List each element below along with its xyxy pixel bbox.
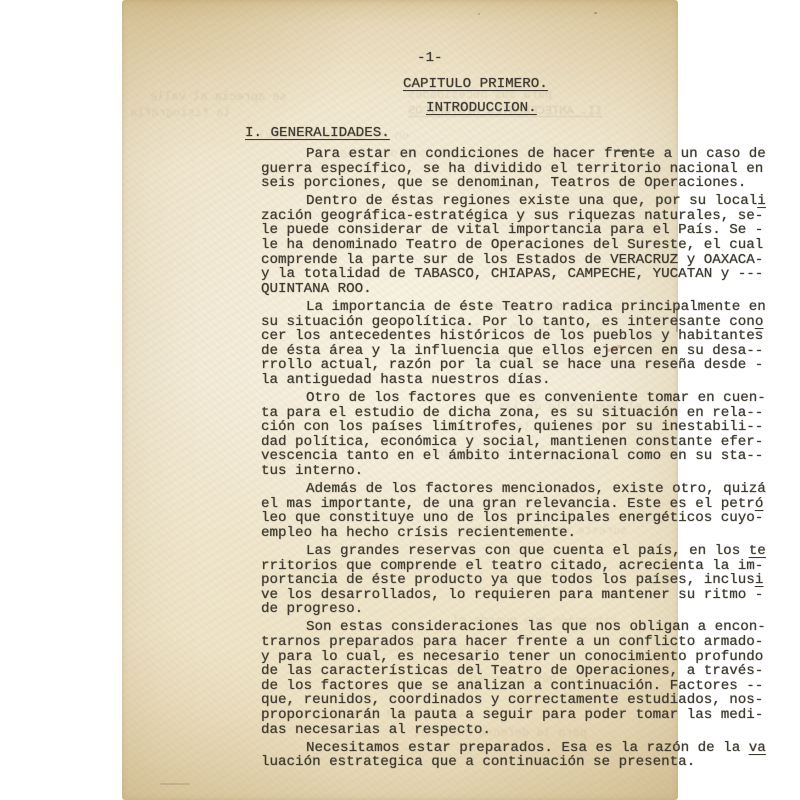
chapter-heading: CAPITULO PRIMERO. bbox=[403, 76, 548, 92]
section-heading: I. GENERALIDADES. bbox=[245, 125, 390, 141]
text-line: que, reunidos, coordinados y correctamen… bbox=[261, 693, 791, 708]
text-line: seis porciones, que se denominan, Teatro… bbox=[261, 176, 791, 191]
bleedthrough-text: se aprecia al valle bbox=[150, 90, 287, 104]
text-line: de las características del Teatro de Ope… bbox=[261, 664, 791, 679]
paper-speck bbox=[594, 12, 597, 14]
text-line: rritorios que comprende el teatro citado… bbox=[261, 559, 791, 574]
text-line: su situación geopolítica. Por lo tanto, … bbox=[261, 315, 791, 330]
paragraph: La importancia de éste Teatro radica pri… bbox=[261, 300, 791, 388]
text-line: vescencia tanto en el ámbito internacion… bbox=[261, 449, 791, 464]
text-line: La importancia de éste Teatro radica pri… bbox=[261, 300, 791, 315]
text-line: rrollo actual, razón por la cual se hace… bbox=[261, 358, 791, 373]
text-line: QUINTANA ROO. bbox=[261, 282, 791, 297]
text-line: ta para el estudio de dicha zona, es su … bbox=[261, 406, 791, 421]
text-line: cer los antecedentes históricos de los p… bbox=[261, 329, 791, 344]
hyphenation-underline: i bbox=[755, 572, 764, 588]
paragraph: Son estas consideraciones las que nos ob… bbox=[261, 620, 791, 737]
text-line: la antiguedad hasta nuestros días. bbox=[261, 373, 791, 388]
text-line: leo que constituye uno de los principale… bbox=[261, 511, 791, 526]
text-line: luación estrategica que a continuación s… bbox=[261, 755, 791, 770]
hyphenation-underline: i bbox=[757, 193, 766, 209]
text-line: das necesarias al respecto. bbox=[261, 723, 791, 738]
text-line: le ha denominado Teatro de Operaciones d… bbox=[261, 238, 791, 253]
text-line: Para estar en condiciones de hacer frent… bbox=[261, 147, 791, 162]
document-body: Para estar en condiciones de hacer frent… bbox=[261, 147, 791, 773]
text-line: de progreso. bbox=[261, 602, 791, 617]
text-line: tus interno. bbox=[261, 464, 791, 479]
text-line: le puede considerar de vital importancia… bbox=[261, 223, 791, 238]
hyphenation-underline: te bbox=[749, 543, 766, 559]
paper-speck bbox=[478, 13, 480, 15]
paragraph: Necesitamos estar preparados. Esa es la … bbox=[261, 741, 791, 770]
hyphenation-underline: va bbox=[749, 740, 766, 756]
text-line: y la totalidad de TABASCO, CHIAPAS, CAMP… bbox=[261, 267, 791, 282]
paragraph: Además de los factores mencionados, exis… bbox=[261, 482, 791, 540]
text-line: trarnos preparados para hacer frente a u… bbox=[261, 635, 791, 650]
text-line: proporcionarán la pauta a seguir para po… bbox=[261, 708, 791, 723]
paragraph: Las grandes reservas con que cuenta el p… bbox=[261, 544, 791, 617]
text-line: Además de los factores mencionados, exis… bbox=[261, 482, 791, 497]
scanned-page: se aprecia al vallela fisiografíapara su… bbox=[122, 0, 678, 800]
text-line: Otro de los factores que es conveniente … bbox=[261, 391, 791, 406]
text-line: Dentro de éstas regiones existe una que,… bbox=[261, 194, 791, 209]
paragraph: Otro de los factores que es conveniente … bbox=[261, 391, 791, 479]
text-line: Son estas consideraciones las que nos ob… bbox=[261, 620, 791, 635]
text-line: Las grandes reservas con que cuenta el p… bbox=[261, 544, 791, 559]
chapter-subheading: INTRODUCCION. bbox=[426, 100, 537, 116]
bleedthrough-text: la fisiografía bbox=[130, 106, 231, 120]
text-line: empleo ha hecho crísis recientemente. bbox=[261, 526, 791, 541]
text-line: y para lo cual, es necesario tener un co… bbox=[261, 650, 791, 665]
text-line: guerra específico, se ha dividido el ter… bbox=[261, 162, 791, 177]
scan-background: se aprecia al vallela fisiografíapara su… bbox=[0, 0, 800, 800]
text-line: ción con los países limítrofes, quienes … bbox=[261, 420, 791, 435]
paragraph: Para estar en condiciones de hacer frent… bbox=[261, 147, 791, 191]
paragraph: Dentro de éstas regiones existe una que,… bbox=[261, 194, 791, 296]
page-number: -1- bbox=[417, 50, 443, 66]
text-line: portancia de éste producto ya que todos … bbox=[261, 573, 791, 588]
paper-speck bbox=[160, 783, 190, 785]
